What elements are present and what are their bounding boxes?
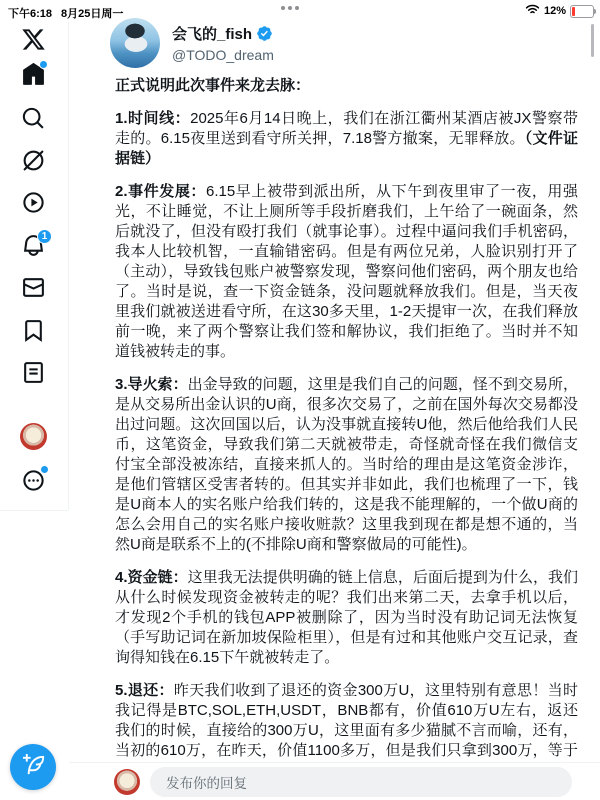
sidebar-item-messages[interactable] xyxy=(0,275,67,300)
reply-bar: 发布你的回复 xyxy=(69,762,600,800)
battery-percent: 12% xyxy=(544,5,566,17)
more-circle-icon xyxy=(21,468,46,493)
bell-icon: 1 xyxy=(21,233,46,258)
home-icon xyxy=(21,62,46,87)
sidebar-item-more[interactable] xyxy=(0,468,67,493)
multitask-handle-icon[interactable] xyxy=(281,6,299,10)
reply-input[interactable]: 发布你的回复 xyxy=(150,767,572,797)
search-icon xyxy=(21,106,46,131)
envelope-icon xyxy=(21,275,46,300)
verified-badge-icon xyxy=(256,25,273,42)
wifi-icon xyxy=(525,4,540,18)
profile-avatar xyxy=(20,423,47,450)
tweet-paragraph: 2.事件发展：6.15早上被带到派出所，从下午到夜里审了一夜，用强光，不让睡觉，… xyxy=(115,182,578,362)
sidebar-bottom-divider xyxy=(0,510,68,511)
x-logo-icon xyxy=(21,27,46,52)
author-display-name[interactable]: 会飞的_fish xyxy=(172,23,252,44)
sidebar-item-bookmarks[interactable] xyxy=(0,318,67,343)
author-handle: @TODO_dream xyxy=(172,47,274,63)
status-time: 下午6:18 xyxy=(8,5,52,21)
tweet-paragraph: 4.资金链：这里我无法提供明确的链上信息，后面后提到为什么，我们从什么时候发现资… xyxy=(115,568,578,668)
sidebar-item-notifications[interactable]: 1 xyxy=(0,233,67,258)
sidebar-item-grok[interactable] xyxy=(0,148,67,173)
reply-placeholder: 发布你的回复 xyxy=(166,772,247,792)
sidebar-item-explore[interactable] xyxy=(0,106,67,131)
sidebar-item-profile[interactable] xyxy=(0,423,67,450)
tweet-body: 正式说明此次事件来龙去脉：1.时间线：2025年6月14日晚上，我们在浙江衢州某… xyxy=(115,76,578,781)
lists-icon xyxy=(21,360,46,385)
tweet-paragraph: 1.时间线：2025年6月14日晚上，我们在浙江衢州某酒店被JX警察带走的。6.… xyxy=(115,109,578,169)
grok-icon xyxy=(21,148,46,173)
status-bar: 下午6:18 8月25日周一 12% xyxy=(0,0,600,22)
sidebar-item-home[interactable] xyxy=(0,62,67,87)
sidebar-item-x-home[interactable] xyxy=(0,27,67,52)
sidebar-divider xyxy=(68,22,69,510)
sidebar-item-lists[interactable] xyxy=(0,360,67,385)
compose-feather-icon xyxy=(22,753,45,781)
reply-user-avatar[interactable] xyxy=(114,769,140,795)
notifications-badge: 1 xyxy=(37,229,52,244)
tweet-paragraph: 3.导火索：出金导致的问题，这里是我们自己的问题，怪不到交易所，是从交易所出金认… xyxy=(115,375,578,555)
scrollbar-thumb[interactable] xyxy=(591,24,594,57)
compose-button[interactable] xyxy=(10,744,56,790)
author-avatar[interactable] xyxy=(110,18,160,68)
sidebar-item-video[interactable] xyxy=(0,190,67,215)
tweet-header: 会飞的_fish @TODO_dream xyxy=(110,18,274,68)
tweet-paragraph: 正式说明此次事件来龙去脉： xyxy=(115,76,578,96)
video-play-icon xyxy=(21,190,46,215)
app-root: { "status_bar": { "time": "下午6:18", "dat… xyxy=(0,0,600,800)
bookmark-icon xyxy=(21,318,46,343)
battery-icon xyxy=(570,5,594,18)
